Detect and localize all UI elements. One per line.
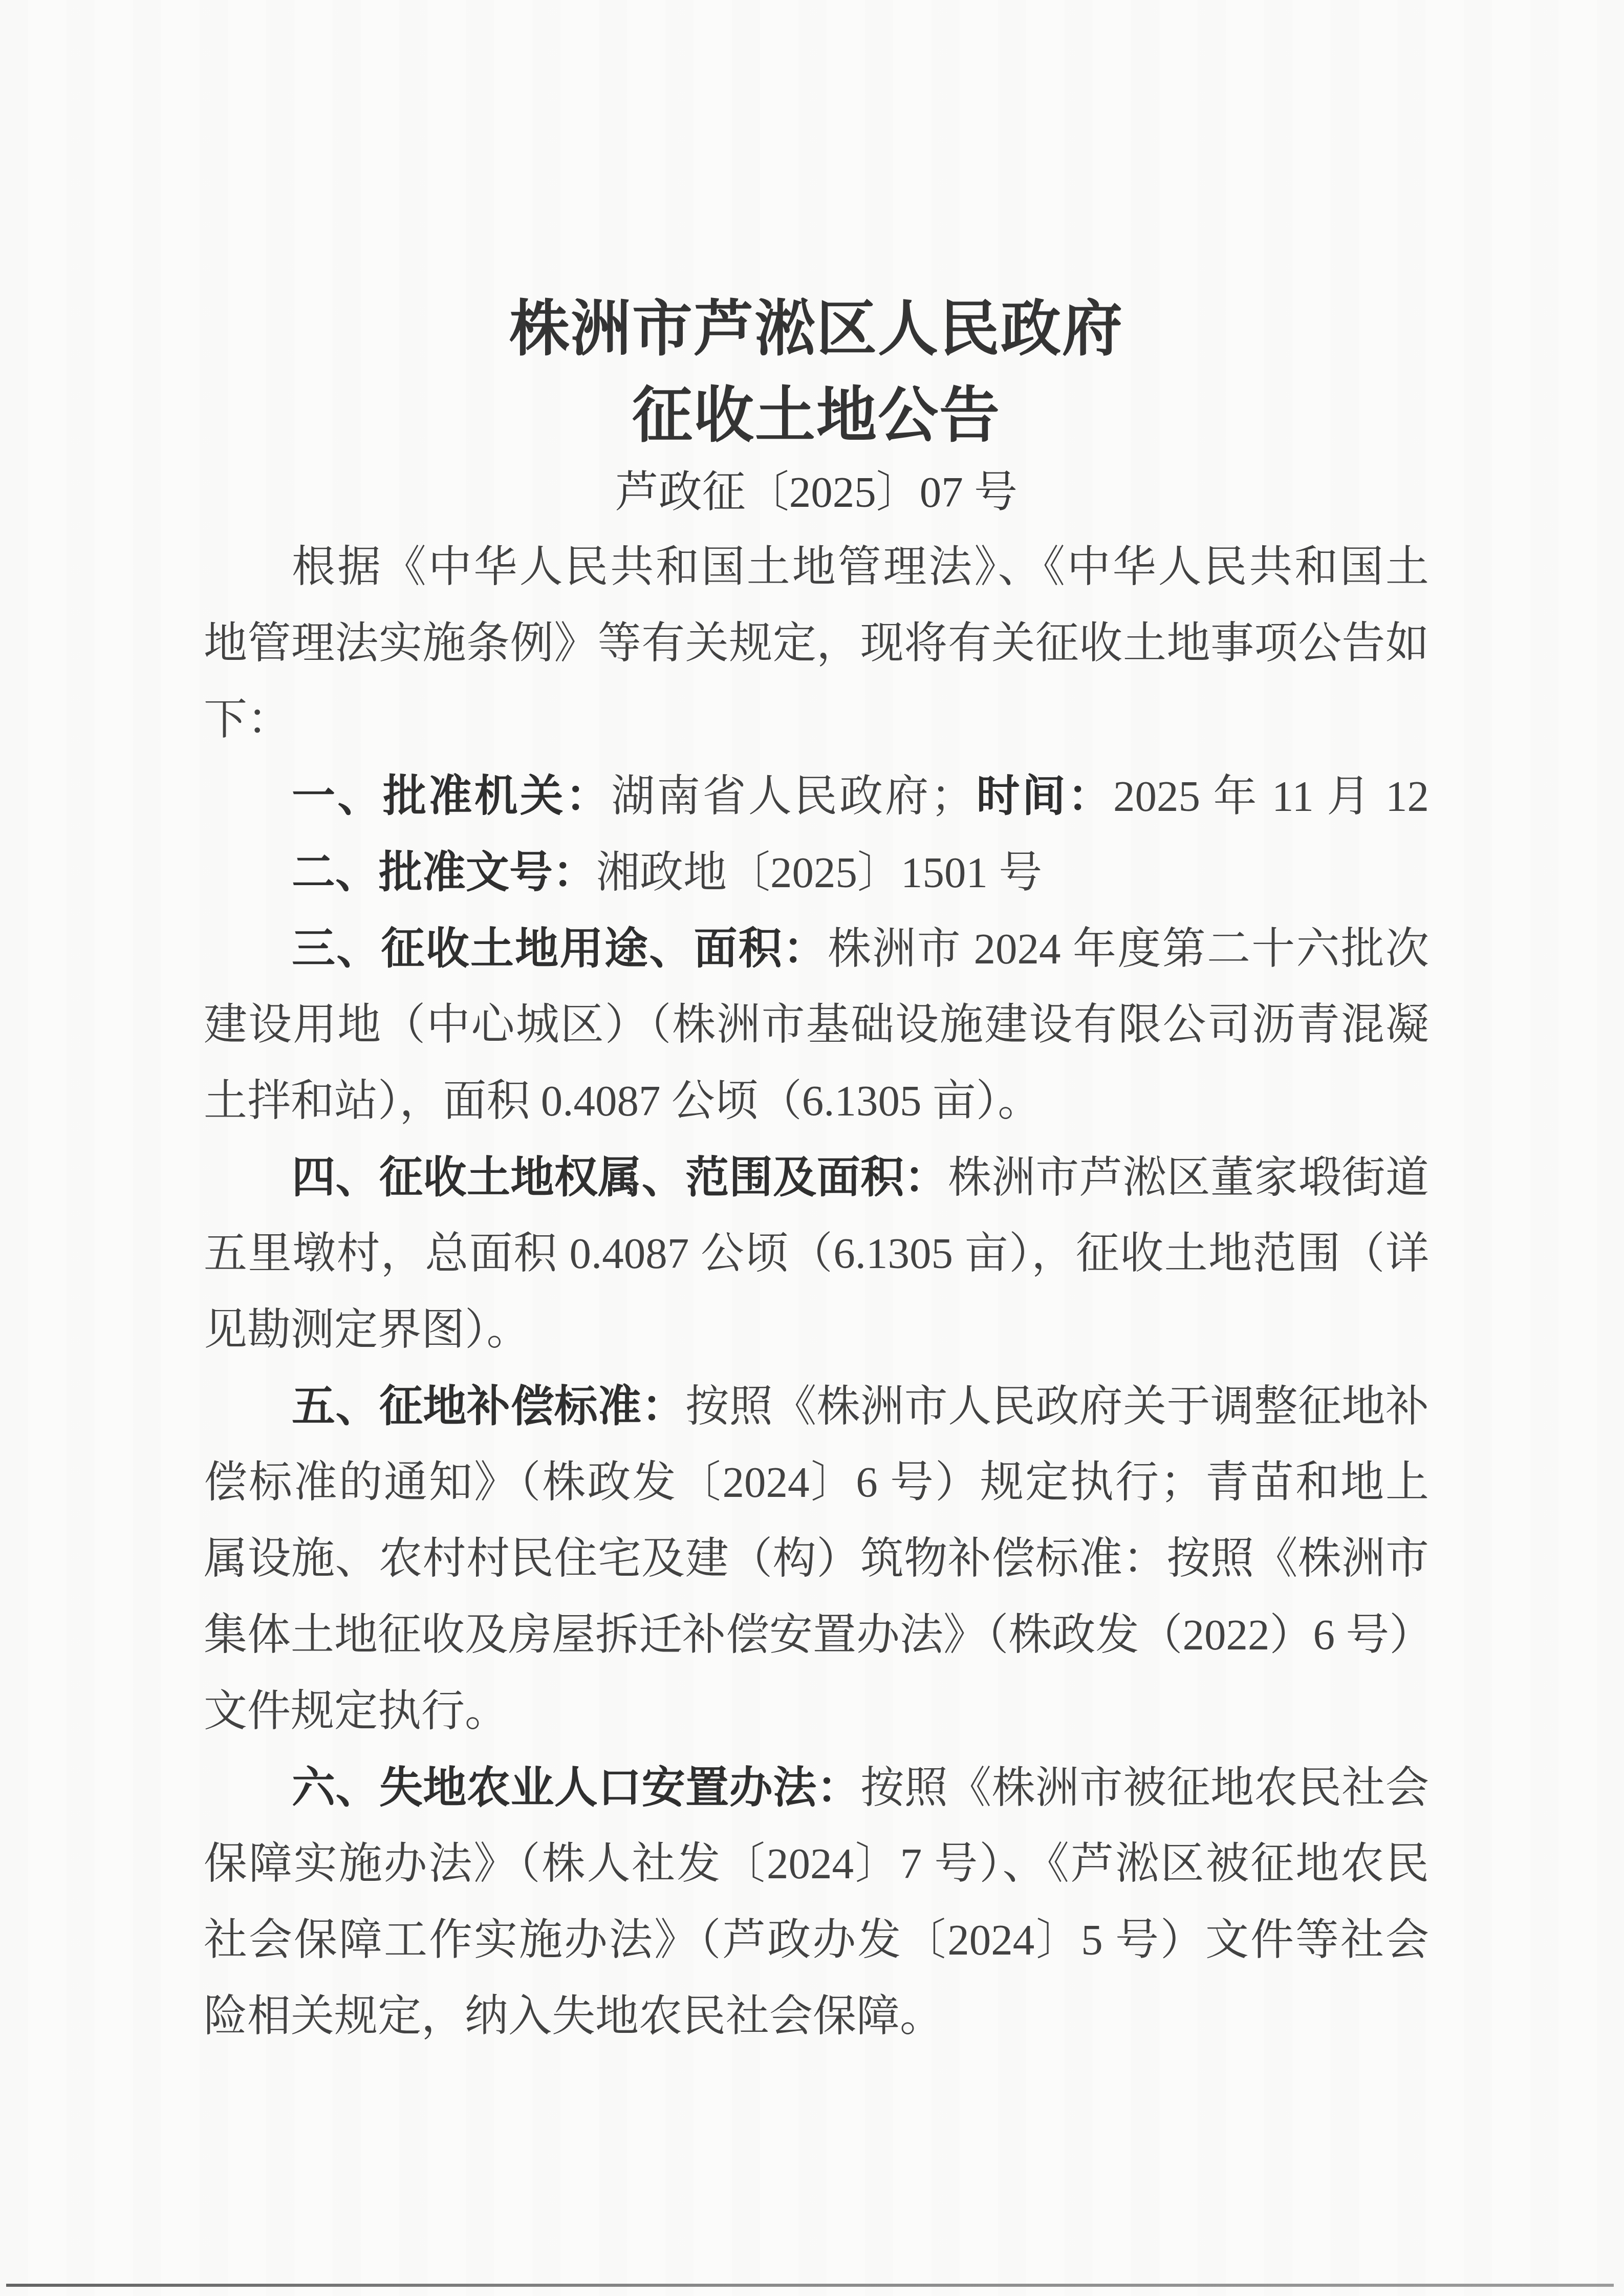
- body-text-run: 建设用地（中心城区）（株洲市基础设施建设有限公司沥青混凝: [204, 1001, 1429, 1049]
- body-line: 一、批准机关：湖南省人民政府；时间：2025 年 11 月 12 日: [204, 758, 1429, 834]
- body-line: 地管理法实施条例》等有关规定，现将有关征收土地事项公告如: [204, 606, 1429, 682]
- body-text-run: 文件规定执行。: [204, 1687, 508, 1735]
- body-line: 社会保障工作实施办法》（芦政办发〔2024〕5 号）文件等社会保: [204, 1902, 1429, 1979]
- bottom-scan-line: [6, 2284, 1614, 2287]
- bold-lead-text: 二、批准文号：: [292, 848, 596, 897]
- body-text-run: 株洲市芦淞区董家塅街道: [948, 1154, 1429, 1202]
- body-text-run: 社会保障工作实施办法》（芦政办发〔2024〕5 号）文件等社会保: [204, 1916, 1429, 1979]
- body-line: 五里墩村，总面积 0.4087 公顷（6.1305 亩），征收土地范围（详: [204, 1216, 1429, 1292]
- body-line: 建设用地（中心城区）（株洲市基础设施建设有限公司沥青混凝: [204, 987, 1429, 1063]
- body-line: 六、失地农业人口安置办法：按照《株洲市被征地农民社会: [204, 1750, 1429, 1826]
- page-title-line-1: 株洲市芦淞区人民政府: [204, 285, 1429, 374]
- body-text-run: 属设施、农村村民住宅及建（构）筑物补偿标准：按照《株洲市: [204, 1535, 1429, 1583]
- body-text-run: 土拌和站），面积 0.4087 公顷（6.1305 亩）。: [204, 1077, 1041, 1125]
- body-line: 见勘测定界图）。: [204, 1292, 1429, 1368]
- bold-lead-text: 三、征收土地用途、面积：: [292, 925, 828, 973]
- body-line: 文件规定执行。: [204, 1673, 1429, 1750]
- body-text-run: 湖南省人民政府；: [611, 773, 974, 821]
- bold-lead-text: 时间：: [974, 772, 1113, 821]
- body-text-run: 五里墩村，总面积 0.4087 公顷（6.1305 亩），征收土地范围（详: [204, 1230, 1429, 1278]
- body-line: 属设施、农村村民住宅及建（构）筑物补偿标准：按照《株洲市: [204, 1521, 1429, 1597]
- body-text-run: 湘政地〔2025〕1501 号: [596, 849, 1042, 897]
- bold-lead-text: 六、失地农业人口安置办法：: [292, 1764, 860, 1812]
- body-text-run: 险相关规定，纳入失地农民社会保障。: [204, 1992, 943, 2041]
- body-text-run: 集体土地征收及房屋拆迁补偿安置办法》（株政发（2022）6 号）: [204, 1611, 1429, 1659]
- body-line: 土拌和站），面积 0.4087 公顷（6.1305 亩）。: [204, 1063, 1429, 1140]
- body-text-run: 偿标准的通知》（株政发〔2024〕6 号）规定执行；青苗和地上附: [204, 1458, 1429, 1521]
- body-line: 二、批准文号：湘政地〔2025〕1501 号: [204, 834, 1429, 911]
- body-lines: 根据《中华人民共和国土地管理法》、《中华人民共和国土地管理法实施条例》等有关规定…: [204, 529, 1429, 2055]
- body-line: 五、征地补偿标准：按照《株洲市人民政府关于调整征地补: [204, 1368, 1429, 1445]
- body-line: 偿标准的通知》（株政发〔2024〕6 号）规定执行；青苗和地上附: [204, 1445, 1429, 1521]
- body-line: 险相关规定，纳入失地农民社会保障。: [204, 1979, 1429, 2055]
- doc-number: 芦政征〔2025〕07 号: [204, 464, 1429, 521]
- body-line: 下：: [204, 682, 1429, 758]
- body-line: 集体土地征收及房屋拆迁补偿安置办法》（株政发（2022）6 号）: [204, 1597, 1429, 1673]
- body-text-run: 下：: [204, 696, 291, 744]
- body-line: 三、征收土地用途、面积：株洲市 2024 年度第二十六批次: [204, 911, 1429, 987]
- body-text-run: 保障实施办法》（株人社发〔2024〕7 号）、《芦淞区被征地农民: [204, 1840, 1429, 1888]
- body-text-run: 根据《中华人民共和国土地管理法》、《中华人民共和国土: [292, 543, 1429, 591]
- bold-lead-text: 四、征收土地权属、范围及面积：: [292, 1153, 948, 1202]
- body-line: 四、征收土地权属、范围及面积：株洲市芦淞区董家塅街道: [204, 1140, 1429, 1216]
- body-text-run: 按照《株洲市被征地农民社会: [860, 1764, 1429, 1812]
- body-text-run: 地管理法实施条例》等有关规定，现将有关征收土地事项公告如: [204, 619, 1429, 668]
- body-line: 根据《中华人民共和国土地管理法》、《中华人民共和国土: [204, 529, 1429, 606]
- bold-lead-text: 五、征地补偿标准：: [292, 1382, 685, 1431]
- body-text-run: 按照《株洲市人民政府关于调整征地补: [685, 1383, 1429, 1431]
- bold-lead-text: 一、批准机关：: [292, 772, 611, 821]
- page-title-line-2: 征收土地公告: [204, 371, 1429, 461]
- body-text-run: 株洲市 2024 年度第二十六批次: [828, 925, 1429, 973]
- scanned-document-page: 株洲市芦淞区人民政府 征收土地公告 芦政征〔2025〕07 号 根据《中华人民共…: [0, 0, 1624, 2296]
- body-text-run: 见勘测定界图）。: [204, 1306, 530, 1354]
- body-line: 保障实施办法》（株人社发〔2024〕7 号）、《芦淞区被征地农民: [204, 1826, 1429, 1902]
